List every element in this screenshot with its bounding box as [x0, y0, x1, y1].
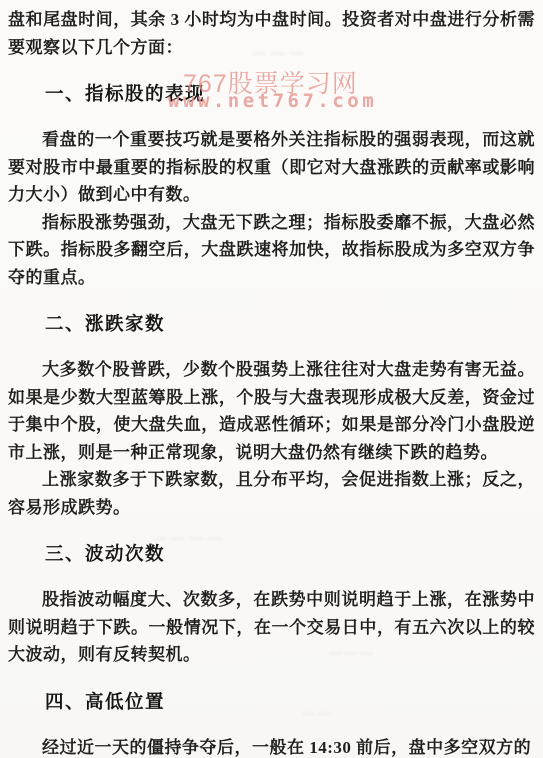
page-text-block: 盘和尾盘时间，其余 3 小时均为中盘时间。投资者对中盘进行分析需要观察以下几个方…: [8, 6, 535, 758]
section-1-paragraph-2: 指标股涨势强劲，大盘无下跌之理；指标股委靡不振，大盘必然下跌。指标股多翻空后，大…: [8, 209, 535, 292]
section-3-heading: 三、波动次数: [8, 542, 535, 569]
section-4-paragraph-1: 经过近一天的僵持争夺后，一般在 14:30 前后，盘中多空双方的: [8, 734, 535, 758]
section-2-heading: 二、涨跌家数: [8, 312, 535, 339]
scanned-book-page: 盘和尾盘时间，其余 3 小时均为中盘时间。投资者对中盘进行分析需要观察以下几个方…: [0, 0, 543, 758]
section-1-heading: 一、指标股的表现: [8, 82, 535, 109]
section-2-paragraph-1: 大多数个股普跌，少数个股强势上涨往往对大盘走势有害无益。如果是少数大型蓝筹股上涨…: [8, 356, 535, 466]
section-4-heading: 四、高低位置: [8, 690, 535, 717]
section-1-paragraph-1: 看盘的一个重要技巧就是要格外关注指标股的强弱表现，而这就要对股市中最重要的指标股…: [8, 126, 535, 209]
section-3-paragraph-1: 股指波动幅度大、次数多，在跌势中则说明趋于上涨，在涨势中则说明趋于下跌。一般情况…: [8, 586, 535, 669]
section-2-paragraph-2: 上涨家数多于下跌家数，且分布平均，会促进指数上涨；反之，容易形成跌势。: [8, 466, 535, 521]
intro-paragraph: 盘和尾盘时间，其余 3 小时均为中盘时间。投资者对中盘进行分析需要观察以下几个方…: [8, 6, 535, 61]
